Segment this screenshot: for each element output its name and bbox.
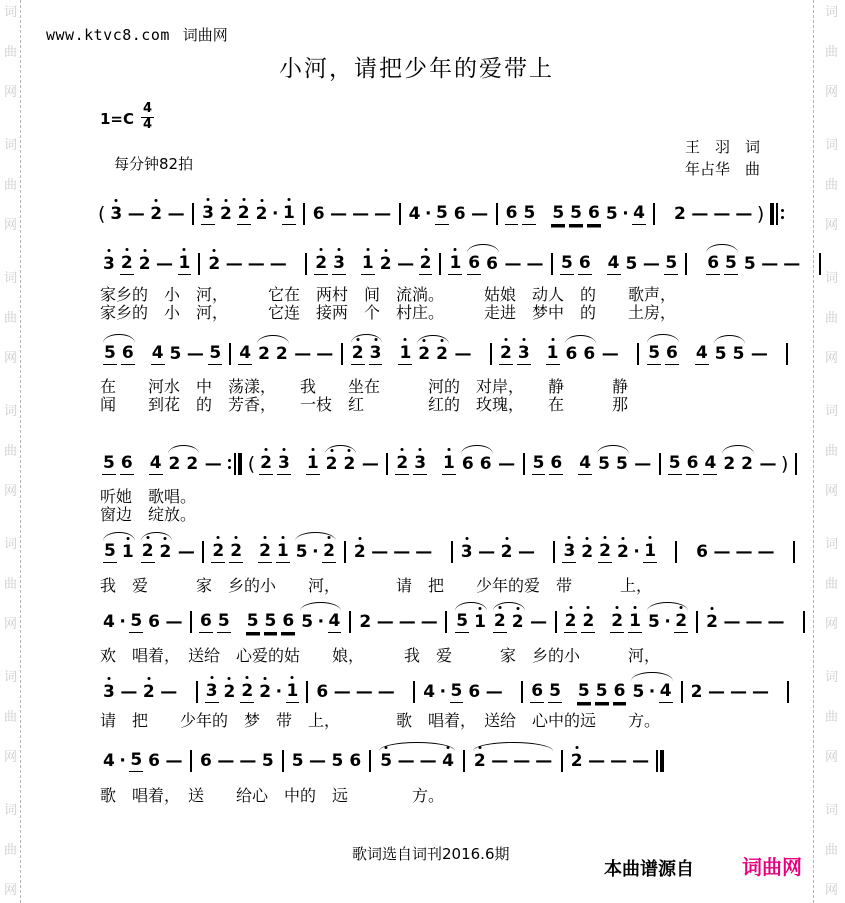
octave-dot <box>155 199 158 202</box>
watermark-char: 曲 <box>4 578 17 591</box>
duration-dash: — <box>128 206 145 223</box>
note: 2 <box>570 751 584 772</box>
octave-dot <box>478 607 481 610</box>
octave-dot <box>569 606 572 609</box>
note: 1 <box>398 343 412 365</box>
note: 5 <box>331 751 345 772</box>
note: 2 <box>493 611 507 633</box>
note: 5 <box>668 453 682 475</box>
octave-dot <box>264 677 267 680</box>
slur-group: 22 <box>138 541 176 563</box>
slur-group: 5·2 <box>292 541 339 563</box>
octave-dot <box>616 606 619 609</box>
octave-dot <box>454 248 457 251</box>
octave-dot <box>242 198 245 201</box>
octave-dot <box>260 199 263 202</box>
note: 6 <box>613 681 627 703</box>
watermark-group: 词曲网 <box>4 804 17 897</box>
duration-dash: — <box>526 256 543 273</box>
watermark-char: 词 <box>4 405 17 418</box>
note: 2 <box>417 344 431 365</box>
duration-dash: — <box>415 544 432 561</box>
note: 6 <box>147 751 161 772</box>
note: 6 <box>199 751 213 772</box>
duration-dash: — <box>760 456 777 473</box>
brand-logo: 词曲网 <box>742 851 802 880</box>
octave-dot <box>551 338 554 341</box>
watermark-group: 词曲网 <box>4 6 17 99</box>
note: 2 <box>673 204 687 225</box>
octave-dot <box>516 607 519 610</box>
site-header: www.ktvc8.com 词曲网 <box>46 24 228 45</box>
duration-dash: — <box>362 456 379 473</box>
watermark-char: 词 <box>4 671 17 684</box>
octave-dot <box>115 199 118 202</box>
watermark-group: 词曲网 <box>825 139 838 232</box>
octave-dot <box>498 606 501 609</box>
note: 2 <box>325 454 339 475</box>
note: 6 <box>147 612 161 633</box>
note: 5 <box>217 611 231 633</box>
slur-group: 51 <box>452 611 490 633</box>
barline <box>551 253 553 275</box>
note: 3 <box>102 254 116 275</box>
barline <box>369 750 371 772</box>
octave-dot <box>441 339 444 342</box>
note: 2 <box>314 253 328 275</box>
note: 5 <box>615 454 629 475</box>
slur-group: 22 <box>719 454 757 475</box>
note: 3 <box>332 253 346 275</box>
note: 3 <box>201 203 215 225</box>
note: 3 <box>460 542 474 563</box>
barline <box>681 681 683 703</box>
note: 2 <box>358 612 372 633</box>
note: 2 <box>240 681 254 703</box>
octave-dot <box>147 677 150 680</box>
barline <box>496 203 498 225</box>
notation-line-7: 3—2—3222·16———4·56—655565·42——— <box>100 677 794 707</box>
slur-group: 66 <box>562 344 600 365</box>
slur-group: 55 <box>594 454 632 475</box>
note: 5 <box>724 253 738 275</box>
duration-dash: — <box>352 206 369 223</box>
watermark-char: 词 <box>4 804 17 817</box>
duration-dash: — <box>248 256 265 273</box>
note: 5 <box>300 612 314 633</box>
octave-dot <box>337 248 340 251</box>
note: 5 <box>291 751 305 772</box>
site-name: 词曲网 <box>183 26 228 44</box>
note: 1 <box>286 681 300 703</box>
note: 2 <box>322 541 336 563</box>
augmentation-dot: · <box>312 544 318 561</box>
tempo-marking: 每分钟82拍 <box>114 153 193 174</box>
augmentation-dot: · <box>272 206 278 223</box>
note: 6 <box>120 453 134 475</box>
watermark-char: 曲 <box>4 445 17 458</box>
note: 5 <box>647 612 661 633</box>
note: 5 <box>129 750 143 772</box>
note: 2 <box>473 751 487 772</box>
note: 1 <box>546 343 560 365</box>
duration-dash: — <box>518 544 535 561</box>
note: 3 <box>369 343 383 365</box>
watermark-char: 网 <box>825 86 838 99</box>
note: 6 <box>549 453 563 475</box>
octave-dot <box>385 746 388 749</box>
watermark-char: 网 <box>4 86 17 99</box>
lyricist-credit: 王 羽 词 <box>600 136 760 157</box>
composer-credit: 年占华 曲 <box>600 158 760 179</box>
note: 5 <box>714 344 728 365</box>
note: 6 <box>706 253 720 275</box>
octave-dot <box>680 606 683 609</box>
duration-dash: — <box>398 753 415 770</box>
duration-dash: — <box>205 456 222 473</box>
note: 5 <box>103 343 117 365</box>
lyrics-line-5: 欢 唱着， 送给 心爱的姑 娘， 我 爱 家 乡的小 河， <box>100 648 660 664</box>
note: 6 <box>348 751 362 772</box>
barline <box>344 541 346 563</box>
watermark-char: 曲 <box>4 844 17 857</box>
slur-group: 66 <box>458 454 496 475</box>
barline <box>198 253 200 275</box>
note: 5 <box>732 344 746 365</box>
slur-group: 5·4 <box>297 611 344 633</box>
duration-dash: — <box>294 346 311 363</box>
note: 6 <box>565 344 579 365</box>
note: 5 <box>102 453 116 475</box>
duration-dash: — <box>270 256 287 273</box>
barline <box>399 203 401 225</box>
barline <box>192 203 194 225</box>
duration-dash: — <box>632 753 649 770</box>
slur-group: 22 <box>254 344 292 365</box>
watermark-char: 曲 <box>825 312 838 325</box>
notation-line-2: 322—12———2312—2166——5645—5655—— <box>100 249 826 279</box>
octave-dot <box>282 448 285 451</box>
duration-dash: — <box>454 346 471 363</box>
duration-dash: — <box>757 544 774 561</box>
duration-dash: — <box>226 256 243 273</box>
sheet-music-page: 词曲网词曲网词曲网词曲网词曲网词曲网词曲网 词曲网词曲网词曲网词曲网词曲网词曲网… <box>0 0 845 903</box>
note: 5 <box>569 203 583 225</box>
note: 2 <box>259 453 273 475</box>
lyrics-line-2b: 闻 到花 的 芳香， 一枝 红 红的 玫瑰， 在 那 <box>100 397 628 413</box>
duration-dash: — <box>735 544 752 561</box>
duration-dash: — <box>643 256 660 273</box>
octave-dot <box>311 448 314 451</box>
octave-dot <box>228 677 231 680</box>
note: 5 <box>455 611 469 633</box>
octave-dot <box>568 536 571 539</box>
note: 4 <box>607 253 621 275</box>
augmentation-dot: · <box>622 206 628 223</box>
note: 5 <box>631 682 645 703</box>
augmentation-dot: · <box>318 614 324 631</box>
note: 5 <box>647 343 661 365</box>
repeat-bar <box>656 750 658 772</box>
note: 2 <box>343 454 357 475</box>
note: 2 <box>185 454 199 475</box>
repeat-bar <box>776 203 778 225</box>
barline <box>523 453 525 475</box>
watermark-char: 词 <box>825 804 838 817</box>
duration-dash: — <box>751 346 768 363</box>
octave-dot <box>478 746 481 749</box>
octave-dot <box>224 199 227 202</box>
octave-dot <box>621 537 624 540</box>
note: 6 <box>312 204 326 225</box>
duration-dash: — <box>168 206 185 223</box>
slur-group: 56 <box>644 343 682 365</box>
note: 2 <box>690 682 704 703</box>
note: 6 <box>453 204 467 225</box>
parenthesis: ( <box>248 455 255 474</box>
note: 6 <box>686 453 700 475</box>
watermark-char: 词 <box>825 671 838 684</box>
note: 2 <box>740 454 754 475</box>
note: 5 <box>103 541 117 563</box>
notation-line-6: 4·56—655565·42———5122—22215·22——— <box>100 607 810 637</box>
duration-dash: — <box>420 753 437 770</box>
watermark-char: 网 <box>825 618 838 631</box>
note: 3 <box>109 204 123 225</box>
watermark-char: 网 <box>825 352 838 365</box>
slur-group: 51 <box>100 541 138 563</box>
slur-group: 55 <box>711 344 749 365</box>
note: 6 <box>199 611 213 633</box>
slur-group: 22 <box>414 344 452 365</box>
notation-line-5: 5122—22215·22———3—2—3222·16——— <box>100 537 800 567</box>
note: 5 <box>129 611 143 633</box>
lyrics-line-1b: 家乡的 小 河， 它连 接两 个 村庄。 走进 梦中 的 土房， <box>100 305 676 321</box>
note: 5 <box>246 611 260 633</box>
note: 5 <box>577 681 591 703</box>
note: 1 <box>306 453 320 475</box>
duration-dash: — <box>610 753 627 770</box>
note: 2 <box>581 611 595 633</box>
octave-dot <box>384 249 387 252</box>
note: 1 <box>361 253 375 275</box>
slur-group: 22 <box>322 454 360 475</box>
octave-dot <box>263 536 266 539</box>
right-border-line <box>813 0 814 903</box>
barline <box>521 681 523 703</box>
barline <box>413 681 415 703</box>
barline <box>685 253 687 275</box>
duration-dash: — <box>602 346 619 363</box>
note: 5 <box>435 203 449 225</box>
watermark-char: 网 <box>4 618 17 631</box>
lyrics-line-4: 我 爱 家 乡的小 河， 请 把 少年的爱 带 上， <box>100 578 652 594</box>
parenthesis: ) <box>757 205 764 224</box>
duration-dash: — <box>535 753 552 770</box>
note: 5 <box>597 454 611 475</box>
octave-dot <box>107 249 110 252</box>
barline <box>787 681 789 703</box>
parenthesis: ( <box>98 205 105 224</box>
duration-dash: — <box>752 684 769 701</box>
duration-dash: — <box>160 684 177 701</box>
note: 5 <box>560 253 574 275</box>
note: 5 <box>551 203 565 225</box>
note: 6 <box>578 253 592 275</box>
octave-dot <box>401 448 404 451</box>
duration-dash: — <box>588 753 605 770</box>
watermark-char: 曲 <box>825 844 838 857</box>
note: 2 <box>237 203 251 225</box>
parenthesis: ) <box>781 455 788 474</box>
note: 2 <box>379 254 393 275</box>
note: 5 <box>605 204 619 225</box>
duration-dash: — <box>504 256 521 273</box>
octave-dot <box>327 536 330 539</box>
note: 2 <box>435 344 449 365</box>
duration-dash: — <box>713 206 730 223</box>
note: 5 <box>548 681 562 703</box>
note: 2 <box>159 542 173 563</box>
note: 3 <box>277 453 291 475</box>
octave-dot <box>246 676 249 679</box>
note: 2 <box>229 541 243 563</box>
barline <box>786 343 788 365</box>
repeat-dots <box>228 459 231 469</box>
repeat-dots <box>781 209 784 219</box>
note: 2 <box>141 541 155 563</box>
slur-group: 5——4 <box>376 751 458 772</box>
begin-repeat-barline <box>770 203 784 225</box>
barline <box>653 203 655 225</box>
duration-dash: — <box>421 614 438 631</box>
note: 2 <box>598 541 612 563</box>
lyrics-line-3a: 听她 歌唱。 <box>100 489 196 505</box>
note: 2 <box>580 542 594 563</box>
barline <box>696 611 698 633</box>
song-title: 小河，请把少年的爱带上 <box>20 50 813 83</box>
watermark-char: 网 <box>825 884 838 897</box>
duration-dash: — <box>691 206 708 223</box>
octave-dot <box>504 338 507 341</box>
note: 5 <box>261 751 275 772</box>
lyrics-source-note: 歌词选自词刊2016.6期 <box>352 843 510 864</box>
duration-dash: — <box>478 544 495 561</box>
note: 6 <box>665 343 679 365</box>
note: 2 <box>351 343 365 365</box>
note: 4 <box>441 751 455 772</box>
note: 2 <box>258 682 272 703</box>
final-barline <box>656 750 664 772</box>
barline <box>445 611 447 633</box>
note: 4 <box>151 343 165 365</box>
note: 2 <box>500 542 514 563</box>
note: 2 <box>511 612 525 633</box>
octave-dot <box>465 537 468 540</box>
note: 4 <box>238 343 252 365</box>
note: 2 <box>275 344 289 365</box>
watermark-char: 网 <box>825 219 838 232</box>
note: 4 <box>328 611 342 633</box>
note: 2 <box>142 682 156 703</box>
watermark-char: 网 <box>4 751 17 764</box>
octave-dot <box>358 537 361 540</box>
watermark-group: 词曲网 <box>4 139 17 232</box>
note: 4 <box>695 343 709 365</box>
duration-dash: — <box>120 684 137 701</box>
octave-dot <box>505 537 508 540</box>
octave-dot <box>291 676 294 679</box>
duration-dash: — <box>178 544 195 561</box>
note: 2 <box>257 344 271 365</box>
note: 5 <box>595 681 609 703</box>
notation-line-1: (3—2—3222·16———4·56—655565·42———) <box>96 199 788 229</box>
watermark-char: 网 <box>4 352 17 365</box>
octave-dot <box>446 746 449 749</box>
augmentation-dot: · <box>633 544 639 561</box>
watermark-char: 曲 <box>4 46 17 59</box>
duration-dash: — <box>397 256 414 273</box>
note: 2 <box>610 611 624 633</box>
octave-dot <box>447 448 450 451</box>
note: 4 <box>659 681 673 703</box>
duration-dash: — <box>187 346 204 363</box>
note: 6 <box>505 203 519 225</box>
octave-dot <box>711 607 714 610</box>
key-signature: 1=C <box>100 110 134 128</box>
note: 6 <box>467 682 481 703</box>
watermark-column-left: 词曲网词曲网词曲网词曲网词曲网词曲网词曲网 <box>4 0 17 903</box>
barline <box>282 750 284 772</box>
duration-dash: — <box>356 684 373 701</box>
duration-dash: — <box>334 684 351 701</box>
barline <box>439 253 441 275</box>
note: 5 <box>169 344 183 365</box>
augmentation-dot: · <box>649 684 655 701</box>
note: 1 <box>628 611 642 633</box>
barline <box>819 253 821 275</box>
note: 6 <box>485 254 499 275</box>
slur-group: 23 <box>348 343 386 365</box>
note: 5 <box>379 751 393 772</box>
note: 5 <box>532 453 546 475</box>
watermark-group: 词曲网 <box>825 671 838 764</box>
octave-dot <box>423 339 426 342</box>
octave-dot <box>419 448 422 451</box>
note: 2 <box>219 204 233 225</box>
barline <box>229 343 231 365</box>
notation-line-4: 56422—(23122—23166—56455—56422—) <box>100 449 802 479</box>
watermark-char: 词 <box>825 405 838 418</box>
note: 6 <box>582 344 596 365</box>
octave-dot <box>164 537 167 540</box>
note: 1 <box>121 542 135 563</box>
barline <box>795 453 797 475</box>
watermark-group: 词曲网 <box>4 272 17 365</box>
duration-dash: — <box>513 753 530 770</box>
octave-dot <box>125 248 128 251</box>
note: 4 <box>149 453 163 475</box>
duration-dash: — <box>713 544 730 561</box>
octave-dot <box>210 676 213 679</box>
duration-dash: — <box>761 256 778 273</box>
watermark-char: 词 <box>825 139 838 152</box>
watermark-char: 曲 <box>825 46 838 59</box>
note: 2 <box>499 343 513 365</box>
note: 5 <box>264 611 278 633</box>
duration-dash: — <box>156 256 173 273</box>
note: 1 <box>448 253 462 275</box>
